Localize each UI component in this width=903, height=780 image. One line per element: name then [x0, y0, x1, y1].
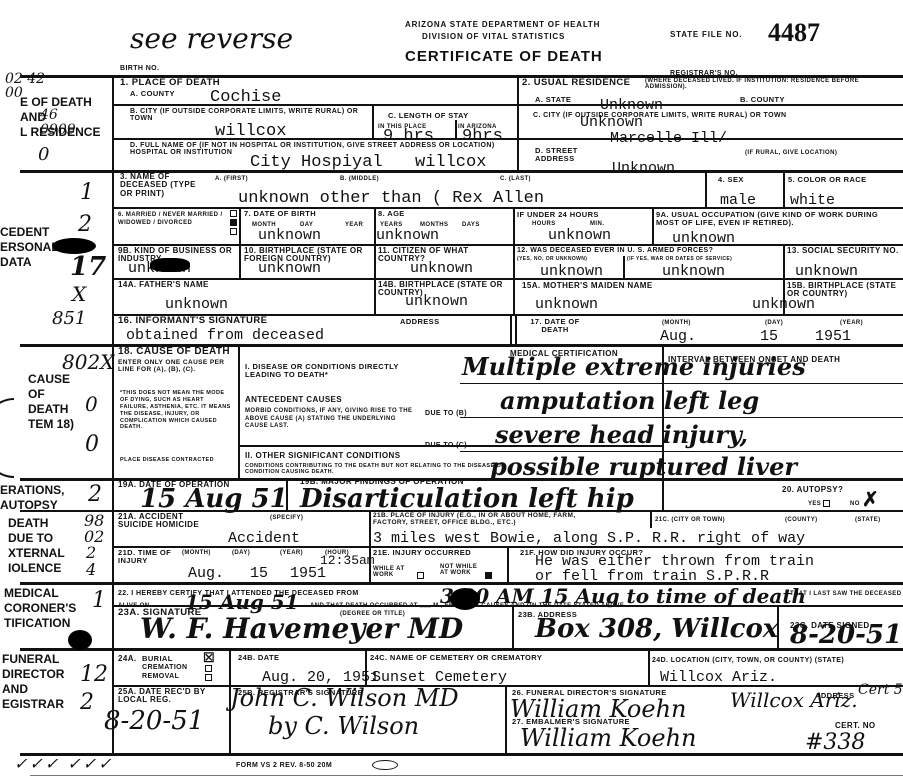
- margin-code: 1: [80, 180, 94, 205]
- union-label-icon: [372, 760, 398, 770]
- dod-day-value: 15: [760, 328, 778, 345]
- state-file-label: STATE FILE NO.: [670, 31, 742, 39]
- other-conditions-note: CONDITIONS CONTRIBUTING TO THE DEATH BUT…: [245, 464, 515, 476]
- margin-code: 0: [85, 392, 98, 416]
- cause-line-a: Multiple extreme injuries: [462, 352, 806, 381]
- director-address-value: Willcox Ariz.: [730, 688, 858, 712]
- dod-month-label: (MONTH): [662, 320, 691, 326]
- place-contracted-label: PLACE DISEASE CONTRACTED: [120, 458, 232, 464]
- armed-forces-sub2: (IF YES, WAR OR DATES OF SERVICE): [627, 257, 732, 262]
- armed-forces-label: 12. WAS DECEASED EVER IN U. S. ARMED FOR…: [517, 247, 713, 254]
- ssn-value: unknown: [795, 263, 858, 280]
- injury-occurred-label: 21E. INJURY OCCURRED: [373, 549, 471, 557]
- informant-value: obtained from deceased: [126, 327, 324, 344]
- mother-value: unknown: [535, 296, 598, 313]
- burial-label: BURIAL: [142, 655, 173, 663]
- dod-year-label: (YEAR): [840, 320, 863, 326]
- autopsy-label: 20. AUTOPSY?: [782, 486, 843, 494]
- margin-code: 802X: [62, 350, 114, 374]
- cause-instructions: ENTER ONLY ONE CAUSE PER LINE FOR (a), (…: [118, 360, 236, 374]
- first-name-label: A. (FIRST): [215, 176, 248, 182]
- cert-statement-3: AND THAT DEATH OCCURRED AT ___ M., FROM …: [310, 603, 730, 609]
- married-checkbox[interactable]: [230, 210, 237, 217]
- autopsy-no-label: NO: [850, 501, 860, 507]
- occupation-value: unknown: [672, 230, 735, 247]
- hospital-value: City Hospiyal: [250, 153, 383, 172]
- injury-place-label: 21B. PLACE OF INJURY (E.G., IN OR ABOUT …: [373, 513, 593, 527]
- operation-date-value: 15 Aug 51: [140, 484, 288, 514]
- burial-checkbox-checked-icon[interactable]: ☒: [203, 651, 215, 664]
- registrar-signature-line1: John C. Wilson MD: [230, 684, 459, 712]
- section-label-medical: MEDICAL CORONER'S TIFICATION: [4, 586, 76, 631]
- res-state-label: A. STATE: [535, 96, 571, 104]
- section-label-funeral: FUNERAL DIRECTOR AND EGISTRAR: [2, 652, 64, 712]
- ink-blot: [68, 630, 92, 650]
- deceased-name-value: unknown other than ( Rex Allen: [238, 189, 544, 208]
- section-label-operations: ERATIONS, AUTOPSY: [0, 483, 64, 513]
- usual-residence-note: (WHERE DECEASED LIVED. IF INSTITUTION: R…: [645, 78, 895, 91]
- age-value: unknown: [376, 227, 439, 244]
- injury-month-value: Aug.: [188, 565, 224, 582]
- age-label: 8. AGE: [378, 210, 405, 218]
- injury-type-label: 21A. ACCIDENT SUICIDE HOMICIDE: [118, 513, 208, 530]
- autopsy-yes-checkbox[interactable]: [823, 500, 830, 507]
- city-value: willcox: [215, 122, 286, 141]
- mother-birthplace-value: unknown: [752, 296, 815, 313]
- margin-code: 02 42 00: [5, 72, 45, 100]
- dod-year-value: 1951: [815, 328, 851, 345]
- sex-value: male: [720, 192, 756, 209]
- margin-code: 2: [88, 482, 102, 507]
- res-street-value: Unknown: [612, 160, 675, 177]
- usual-residence-label: 2. USUAL RESIDENCE: [522, 78, 630, 88]
- injury-place-value: 3 miles west Bowie, along S.P. R.R. righ…: [373, 530, 805, 547]
- dob-year-label: YEAR: [345, 222, 363, 228]
- section-label-decedent: CEDENT ERSONAL DATA: [0, 225, 59, 270]
- sex-label: 4. SEX: [718, 176, 744, 184]
- alive-on-value: 15 Aug 51: [185, 590, 299, 614]
- res-street-note: (IF RURAL, GIVE LOCATION): [745, 150, 837, 156]
- other-conditions-label: II. OTHER SIGNIFICANT CONDITIONS: [245, 452, 400, 460]
- margin-code: 0: [85, 432, 99, 457]
- citizen-value: unknown: [410, 260, 473, 277]
- res-street-label: D. STREET ADDRESS: [535, 147, 605, 163]
- state-file-number: 4487: [768, 18, 820, 48]
- margin-checkmarks: ✓✓✓ ✓✓✓: [14, 754, 114, 773]
- res-city-extra: Marcelle Ill/: [610, 130, 727, 147]
- not-while-at-work-label: NOT WHILE AT WORK: [440, 564, 485, 577]
- margin-code: 4: [86, 560, 96, 579]
- ink-blot: [450, 588, 480, 610]
- father-label: 14A. FATHER'S NAME: [118, 281, 209, 289]
- margin-code: 17: [70, 252, 106, 282]
- race-label: 5. COLOR OR RACE: [788, 176, 867, 184]
- cemetery-label: 24C. NAME OF CEMETERY OR CREMATORY: [370, 654, 542, 662]
- cause-line-b: amputation left leg: [500, 386, 759, 415]
- birth-no-label: BIRTH NO.: [120, 65, 159, 72]
- armed-forces-sub1: (YES, NO, OR UNKNOWN): [517, 257, 587, 262]
- county-value: Cochise: [210, 88, 281, 107]
- injury-year-col: (YEAR): [280, 550, 303, 556]
- disease-label: I. DISEASE OR CONDITIONS DIRECTLY LEADIN…: [245, 363, 405, 379]
- document-title: CERTIFICATE OF DEATH: [405, 48, 603, 65]
- division-name: DIVISION OF VITAL STATISTICS: [422, 33, 565, 41]
- father-birthplace-value: unknown: [405, 293, 468, 310]
- see-reverse-annotation: see reverse: [130, 22, 293, 55]
- marital-status-label: 6. MARRIED / NEVER MARRIED / WIDOWED / D…: [118, 211, 238, 228]
- autopsy-yes-label: YES: [808, 501, 821, 507]
- father-value: unknown: [165, 296, 228, 313]
- department-name: ARIZONA STATE DEPARTMENT OF HEALTH: [405, 21, 600, 29]
- dod-day-label: (DAY): [765, 320, 783, 326]
- antecedent-label: ANTECEDENT CAUSES: [245, 396, 342, 404]
- cause-note: *THIS DOES NOT MEAN THE MODE OF DYING, S…: [120, 390, 232, 431]
- director-address-extra: Cert 55: [858, 682, 903, 698]
- injury-hour-value: 12:35am: [320, 553, 375, 568]
- middle-name-label: B. (MIDDLE): [340, 176, 379, 182]
- burial-date-label: 24B. DATE: [238, 654, 279, 662]
- margin-code: 851: [52, 308, 86, 329]
- date-signed-value: 8-20-51: [790, 620, 902, 650]
- how-injury-line2: or fell from train S.P.R.R: [535, 568, 769, 585]
- place-of-death-label: 1. PLACE OF DEATH: [120, 78, 220, 88]
- antecedent-note: MORBID CONDITIONS, IF ANY, GIVING RISE T…: [245, 408, 415, 431]
- date-received-value: 8-20-51: [104, 706, 204, 736]
- under-24-label: IF UNDER 24 HOURS: [517, 211, 599, 219]
- dob-label: 7. DATE OF BIRTH: [244, 210, 316, 218]
- hospital-city-value: willcox: [415, 153, 486, 172]
- findings-value: Disarticulation left hip: [300, 484, 634, 514]
- mother-label: 15A. MOTHER'S MAIDEN NAME: [522, 282, 653, 290]
- never-married-checkbox[interactable]: [230, 219, 237, 226]
- dod-month-value: Aug.: [660, 328, 696, 345]
- cause-label: 18. CAUSE OF DEATH: [118, 347, 230, 358]
- injury-time-label: 21D. TIME OF INJURY: [118, 549, 188, 565]
- disposition-label: 24A.: [118, 655, 137, 663]
- cemetery-location-label: 24D. LOCATION (CITY, TOWN, OR COUNTY) (S…: [652, 657, 902, 664]
- cemetery-location-value: Willcox Ariz.: [660, 669, 777, 686]
- form-number: FORM VS 2 REV. 8-50 20M: [236, 762, 332, 769]
- county-label: A. COUNTY: [130, 90, 175, 98]
- dob-value: unknown: [258, 227, 321, 244]
- name-label: 3. NAME OF DECEASED (TYPE OR PRINT): [120, 173, 210, 198]
- cremation-label: CREMATION: [142, 664, 187, 671]
- race-value: white: [790, 192, 835, 209]
- injury-day-col: (DAY): [232, 550, 250, 556]
- injury-specify-label: (SPECIFY): [270, 515, 303, 521]
- injury-county-label: (COUNTY): [785, 517, 818, 523]
- informant-address-label: ADDRESS: [400, 318, 439, 326]
- cremation-checkbox[interactable]: [205, 665, 212, 672]
- margin-code: 46 0909: [40, 108, 76, 137]
- age-days-label: DAYS: [462, 222, 480, 228]
- birthplace-value: unknown: [258, 260, 321, 277]
- margin-code: 12: [80, 662, 108, 687]
- last-name-label: C. (LAST): [500, 176, 531, 182]
- embalmer-signature: William Koehn: [520, 724, 697, 752]
- city-label: B. CITY (IF OUTSIDE CORPORATE LIMITS, WR…: [130, 108, 370, 123]
- armed-service-value: unknown: [662, 263, 725, 280]
- under-24-value: unknown: [548, 227, 611, 244]
- divorced-checkbox[interactable]: [230, 228, 237, 235]
- ssn-label: 13. SOCIAL SECURITY NO.: [787, 247, 902, 255]
- while-at-work-label: WHILE AT WORK: [373, 566, 423, 579]
- section-label-cause: CAUSE OF DEATH TEM 18): [28, 372, 74, 432]
- removal-label: REMOVAL: [142, 673, 179, 680]
- removal-checkbox[interactable]: [205, 674, 212, 681]
- margin-code: 2: [80, 690, 94, 715]
- not-while-at-work-checkbox[interactable]: [485, 572, 492, 579]
- margin-code: 2: [78, 212, 92, 237]
- physician-signature: W. F. Havemeyer MD: [140, 612, 463, 645]
- injury-city-label: 21C. (CITY OR TOWN): [655, 517, 725, 523]
- length-of-stay-label: C. LENGTH OF STAY: [388, 112, 469, 120]
- cert-number-value: #338: [805, 730, 865, 755]
- section-label-external: DEATH DUE TO XTERNAL IOLENCE: [8, 516, 65, 576]
- cause-line-d: possible ruptured liver: [490, 452, 797, 481]
- injury-month-col: (MONTH): [182, 550, 211, 556]
- injury-type-value: Accident: [228, 530, 300, 547]
- cert-address-value: Box 308, Willcox: [535, 614, 778, 644]
- res-city-value: Unknown: [580, 114, 643, 131]
- margin-code: X: [72, 282, 86, 306]
- date-received-label: 25A. DATE REC'D BY LOCAL REG.: [118, 688, 228, 705]
- ink-blot: [150, 258, 190, 272]
- occupation-label: 9A. USUAL OCCUPATION (GIVE KIND OF WORK …: [656, 211, 901, 227]
- injury-day-value: 15: [250, 565, 268, 582]
- registrar-signature-line2: by C. Wilson: [268, 712, 419, 740]
- informant-label: 16. INFORMANT'S SIGNATURE: [118, 316, 267, 326]
- res-county-label: B. COUNTY: [740, 96, 785, 104]
- injury-state-label: (STATE): [855, 517, 881, 523]
- cause-line-c: severe head injury,: [495, 420, 748, 449]
- cert-statement-2: THAT I LAST SAW THE DECEASED: [790, 591, 901, 597]
- margin-code: 0: [38, 144, 49, 165]
- autopsy-no-checkmark-icon[interactable]: ✗: [862, 490, 879, 510]
- margin-code: 1: [92, 588, 106, 613]
- dod-label: 17. DATE OF DEATH: [525, 318, 585, 334]
- while-at-work-checkbox[interactable]: [417, 572, 424, 579]
- armed-forces-value: unknown: [540, 263, 603, 280]
